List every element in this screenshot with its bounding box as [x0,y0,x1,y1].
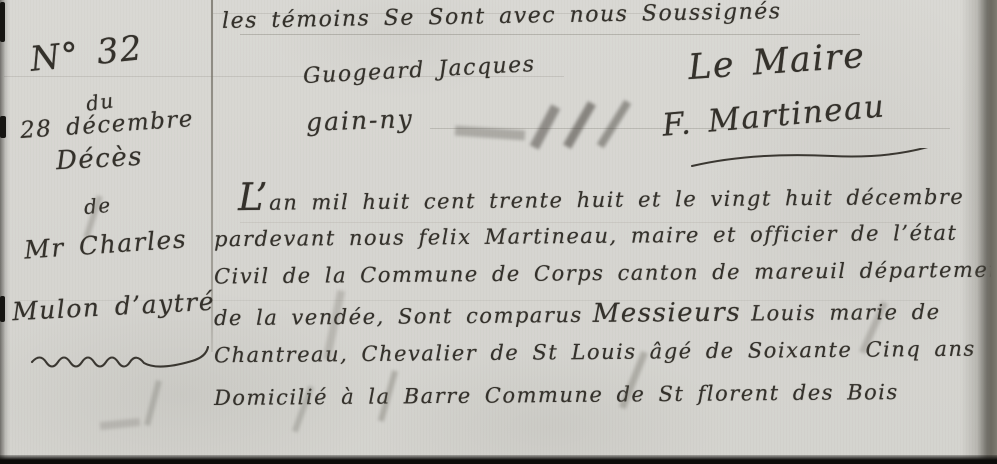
ink-smudge [100,418,141,430]
ruled-line [240,34,860,35]
binding-mark [0,2,5,42]
signature-swash [690,148,940,170]
margin-date: 28 décembre [19,106,194,144]
binding-edge-left [0,0,10,464]
act-number: N° 32 [28,28,145,80]
closing-line: les témoins Se Sont avec nous Soussignés [222,0,782,34]
register-page-scan: N° 32 du 28 décembre Décès de Mr Charles… [0,0,997,464]
witness-signature-1: Guogeard Jacques [303,52,537,89]
page-edge-bottom [0,455,997,464]
ink-smudge [597,100,631,148]
act-line-1: L’an mil huit cent trente huit et le vin… [214,181,965,216]
act-line-4-pre: de la vendée, Sont comparus [214,303,583,330]
mayor-signature: F. Martineau [661,88,887,143]
act-line-3: Civil de la Commune de Corps canton de m… [214,258,997,289]
act-line-4-post: Louis marie de [751,300,941,326]
margin-de: de [83,193,113,219]
act-line-2: pardevant nous felix Martineau, maire et… [214,221,958,251]
binding-mark [0,116,6,138]
page-edge-right [961,0,997,464]
binding-mark [0,296,5,322]
flourish-underline [28,346,213,372]
deceased-name-line1: Mr Charles [23,224,188,264]
act-line-4: de la vendée, Sont comparusMessieursLoui… [214,296,941,332]
act-line-5: Chantreau, Chevalier de St Louis âgé de … [214,337,976,368]
witness-signature-2: gain-ny [306,104,415,137]
act-line-4-messieurs: Messieurs [593,298,742,329]
ink-smudge [144,380,162,426]
ink-smudge [530,104,560,149]
ink-smudge [563,101,596,149]
margin-deces-label: Décès [55,142,143,177]
deceased-name-line2: Mulon d’aytré [11,287,215,327]
mayor-title: Le Maire [687,36,867,88]
act-line-6: Domicilié à la Barre Commune de St flore… [214,380,899,410]
